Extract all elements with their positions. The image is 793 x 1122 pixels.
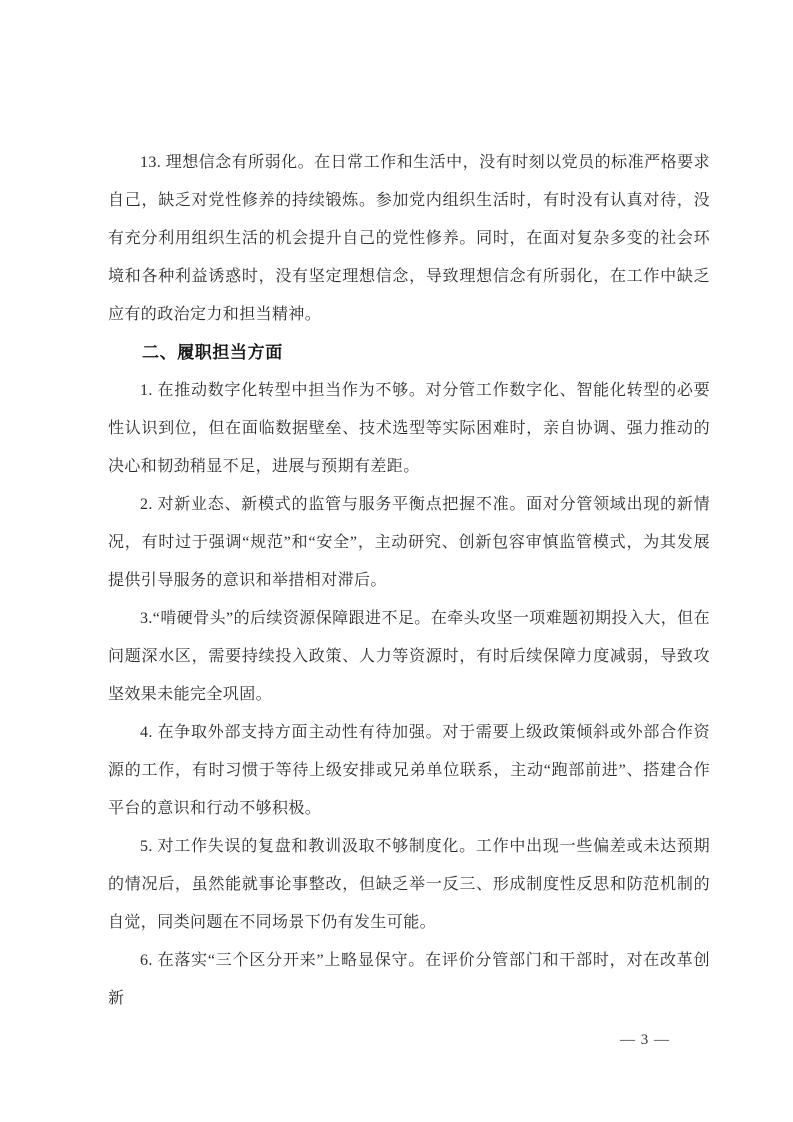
paragraph-5: 5. 对工作失误的复盘和教训汲取不够制度化。工作中出现一些偏差或未达预期的情况后… — [108, 828, 710, 942]
paragraph-13: 13. 理想信念有所弱化。在日常工作和生活中，没有时刻以党员的标准严格要求自己，… — [108, 144, 710, 334]
document-page: 13. 理想信念有所弱化。在日常工作和生活中，没有时刻以党员的标准严格要求自己，… — [0, 0, 793, 1122]
page-number: — 3 — — [620, 1028, 670, 1052]
document-body: 13. 理想信念有所弱化。在日常工作和生活中，没有时刻以党员的标准严格要求自己，… — [108, 144, 710, 1018]
paragraph-4: 4. 在争取外部支持方面主动性有待加强。对于需要上级政策倾斜或外部合作资源的工作… — [108, 714, 710, 828]
paragraph-3: 3.“啃硬骨头”的后续资源保障跟进不足。在牵头攻坚一项难题初期投入大，但在问题深… — [108, 600, 710, 714]
paragraph-6: 6. 在落实“三个区分开来”上略显保守。在评价分管部门和干部时，对在改革创新 — [108, 942, 710, 1018]
section-heading: 二、履职担当方面 — [108, 334, 710, 372]
paragraph-2: 2. 对新业态、新模式的监管与服务平衡点把握不准。面对分管领域出现的新情况，有时… — [108, 486, 710, 600]
paragraph-1: 1. 在推动数字化转型中担当作为不够。对分管工作数字化、智能化转型的必要性认识到… — [108, 372, 710, 486]
